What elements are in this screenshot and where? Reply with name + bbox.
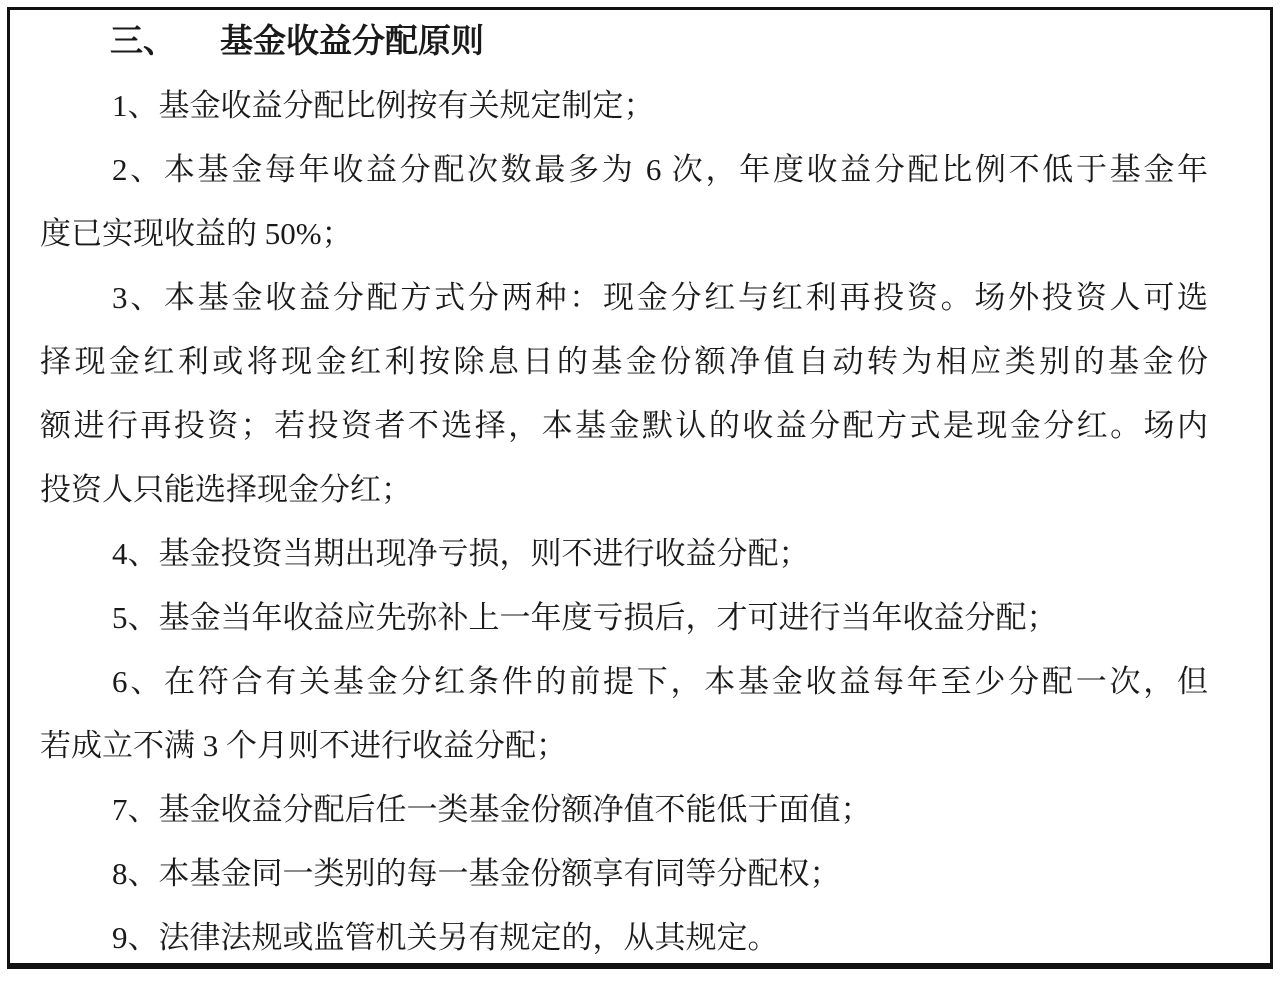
paragraph-line: 额进行再投资；若投资者不选择，本基金默认的收益分配方式是现金分红。场内 — [40, 394, 1208, 458]
paragraph-line: 8、本基金同一类别的每一基金份额享有同等分配权； — [40, 842, 1208, 906]
paragraph-1: 1、基金收益分配比例按有关规定制定； — [40, 74, 1208, 138]
paragraph-9: 9、法律法规或监管机关另有规定的，从其规定。 — [40, 906, 1208, 969]
paragraph-3: 3、本基金收益分配方式分两种：现金分红与红利再投资。场外投资人可选 择现金红利或… — [40, 266, 1208, 522]
paragraph-8: 8、本基金同一类别的每一基金份额享有同等分配权； — [40, 842, 1208, 906]
paragraph-2: 2、本基金每年收益分配次数最多为 6 次，年度收益分配比例不低于基金年 度已实现… — [40, 138, 1208, 266]
paragraph-line: 9、法律法规或监管机关另有规定的，从其规定。 — [40, 906, 1208, 969]
paragraph-line: 4、基金投资当期出现净亏损，则不进行收益分配； — [40, 522, 1208, 586]
paragraph-line: 投资人只能选择现金分红； — [40, 458, 1208, 522]
paragraph-line: 5、基金当年收益应先弥补上一年度亏损后，才可进行当年收益分配； — [40, 586, 1208, 650]
paragraph-line: 3、本基金收益分配方式分两种：现金分红与红利再投资。场外投资人可选 — [40, 266, 1208, 330]
paragraph-4: 4、基金投资当期出现净亏损，则不进行收益分配； — [40, 522, 1208, 586]
paragraph-line: 择现金红利或将现金红利按除息日的基金份额净值自动转为相应类别的基金份 — [40, 330, 1208, 394]
document-border-frame: 三、基金收益分配原则 1、基金收益分配比例按有关规定制定； 2、本基金每年收益分… — [7, 7, 1273, 969]
paragraph-6: 6、在符合有关基金分红条件的前提下，本基金收益每年至少分配一次，但 若成立不满 … — [40, 650, 1208, 778]
paragraph-line: 度已实现收益的 50%； — [40, 202, 1208, 266]
section-heading: 三、基金收益分配原则 — [110, 10, 1208, 74]
paragraph-line: 1、基金收益分配比例按有关规定制定； — [40, 74, 1208, 138]
paragraph-line: 6、在符合有关基金分红条件的前提下，本基金收益每年至少分配一次，但 — [40, 650, 1208, 714]
paragraph-line: 2、本基金每年收益分配次数最多为 6 次，年度收益分配比例不低于基金年 — [40, 138, 1208, 202]
document-page: 三、基金收益分配原则 1、基金收益分配比例按有关规定制定； 2、本基金每年收益分… — [0, 0, 1280, 981]
paragraph-5: 5、基金当年收益应先弥补上一年度亏损后，才可进行当年收益分配； — [40, 586, 1208, 650]
paragraph-7: 7、基金收益分配后任一类基金份额净值不能低于面值； — [40, 778, 1208, 842]
section-number: 三、 — [110, 10, 176, 74]
paragraph-line: 7、基金收益分配后任一类基金份额净值不能低于面值； — [40, 778, 1208, 842]
section-title: 基金收益分配原则 — [220, 24, 484, 60]
document-content: 三、基金收益分配原则 1、基金收益分配比例按有关规定制定； 2、本基金每年收益分… — [10, 10, 1270, 969]
paragraph-line: 若成立不满 3 个月则不进行收益分配； — [40, 714, 1208, 778]
